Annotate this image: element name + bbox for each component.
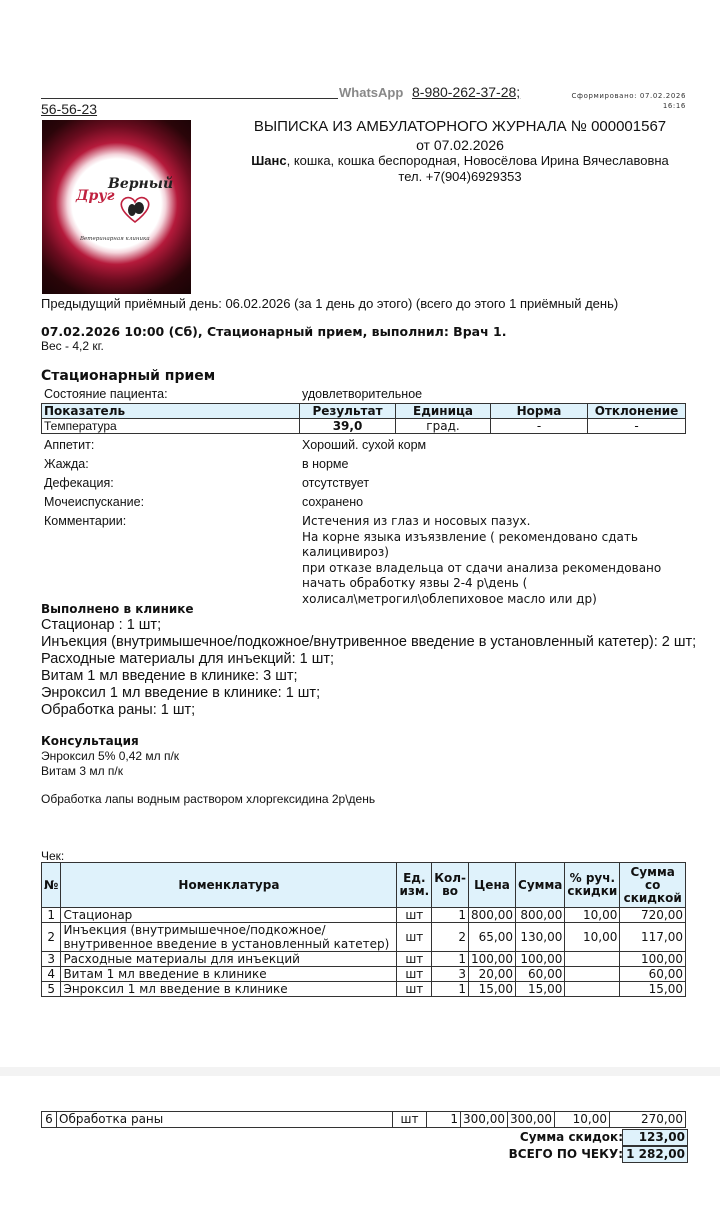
ind-cell: - — [588, 419, 686, 434]
receipt-cell — [565, 967, 620, 982]
receipt-cell: 1 — [432, 908, 469, 923]
receipt-cell: 10,00 — [565, 923, 620, 952]
consultation-list: Энроксил 5% 0,42 мл п/к Витам 3 мл п/к — [41, 749, 179, 779]
consultation-note: Обработка лапы водным раствором хлоргекс… — [41, 792, 375, 806]
header-rule — [41, 98, 338, 99]
receipt-cell: 65,00 — [469, 923, 516, 952]
field-label: Дефекация: — [44, 476, 114, 490]
ind-header: Результат — [300, 404, 396, 419]
table-row: 2Инъекция (внутримышечное/подкожное/внут… — [42, 923, 686, 952]
receipt-cell: 720,00 — [620, 908, 686, 923]
receipt-cell: 130,00 — [516, 923, 565, 952]
owner-phone: тел. +7(904)6929353 — [200, 169, 720, 185]
exam-section-title: Стационарный прием — [41, 368, 215, 384]
receipt-cell: 1 — [427, 1112, 461, 1128]
table-row: 3Расходные материалы для инъекцийшт1100,… — [42, 952, 686, 967]
receipt-cell: 15,00 — [620, 982, 686, 997]
receipt-cell: Витам 1 мл введение в клинике — [61, 967, 397, 982]
list-item: Стационар : 1 шт; — [41, 617, 711, 634]
previous-visit: Предыдущий приёмный день: 06.02.2026 (за… — [41, 296, 618, 311]
receipt-cell: 100,00 — [620, 952, 686, 967]
done-list: Стационар : 1 шт; Инъекция (внутримышечн… — [41, 617, 711, 719]
consultation-heading: Консультация — [41, 734, 139, 748]
condition-value: удовлетворительное — [302, 387, 422, 401]
receipt-header: % руч. скидки — [565, 863, 620, 908]
receipt-cell: 800,00 — [516, 908, 565, 923]
receipt-cell: 2 — [432, 923, 469, 952]
whatsapp-phone[interactable]: 8-980-262-37-28; — [412, 84, 520, 100]
table-row: 1Стационаршт1800,00800,0010,00720,00 — [42, 908, 686, 923]
receipt-cell: 6 — [42, 1112, 57, 1128]
receipt-cell: 15,00 — [516, 982, 565, 997]
table-row: 5Энроксил 1 мл введение в клиникешт115,0… — [42, 982, 686, 997]
receipt-header: Ед. изм. — [397, 863, 432, 908]
formed-timestamp: Сформировано: 07.02.2026 16:16 — [560, 91, 686, 111]
receipt-cell: 270,00 — [610, 1112, 686, 1128]
done-heading: Выполнено в клинике — [41, 602, 194, 616]
list-item: Энроксил 5% 0,42 мл п/к — [41, 749, 179, 764]
page-break — [0, 1067, 720, 1076]
receipt-header: Кол-во — [432, 863, 469, 908]
receipt-cell: 10,00 — [565, 908, 620, 923]
field-label: Жажда: — [44, 457, 89, 471]
receipt-cell: Стационар — [61, 908, 397, 923]
receipt-cell: 60,00 — [620, 967, 686, 982]
patient-details: , кошка, кошка беспородная, Новосёлова И… — [287, 153, 669, 168]
whatsapp-label: WhatsApp — [339, 85, 403, 100]
field-value: отсутствует — [302, 476, 369, 490]
receipt-cell: Расходные материалы для инъекций — [61, 952, 397, 967]
receipt-table-continued: 6Обработка ранышт1300,00300,0010,00270,0… — [41, 1111, 686, 1128]
receipt-table: № Номенклатура Ед. изм. Кол-во Цена Сумм… — [41, 862, 686, 997]
field-label: Мочеиспускание: — [44, 495, 144, 509]
receipt-cell: шт — [397, 923, 432, 952]
visit-heading: 07.02.2026 10:00 (Сб), Стационарный прие… — [41, 324, 506, 339]
receipt-cell: 117,00 — [620, 923, 686, 952]
title-line-1: ВЫПИСКА ИЗ АМБУЛАТОРНОГО ЖУРНАЛА № 00000… — [200, 118, 720, 136]
receipt-header: Сумма — [516, 863, 565, 908]
ind-cell: 39,0 — [300, 419, 396, 434]
receipt-header: Сумма со скидкой — [620, 863, 686, 908]
comment-line: холисал\метрогил\облепиховое масло или д… — [302, 592, 702, 608]
receipt-cell: Энроксил 1 мл введение в клинике — [61, 982, 397, 997]
receipt-cell: 60,00 — [516, 967, 565, 982]
document-title: ВЫПИСКА ИЗ АМБУЛАТОРНОГО ЖУРНАЛА № 00000… — [200, 118, 720, 154]
table-row: Температура 39,0 град. - - — [42, 419, 686, 434]
receipt-cell: 1 — [42, 908, 61, 923]
clinic-phone[interactable]: 56-56-23 — [41, 101, 97, 117]
receipt-cell: 3 — [432, 967, 469, 982]
receipt-cell: шт — [393, 1112, 427, 1128]
indicators-table: Показатель Результат Единица Норма Откло… — [41, 403, 686, 434]
ind-header: Единица — [396, 404, 491, 419]
discount-value: 123,00 — [622, 1129, 688, 1146]
title-line-2: от 07.02.2026 — [200, 136, 720, 154]
list-item: Энроксил 1 мл введение в клинике: 1 шт; — [41, 685, 711, 702]
receipt-cell: 2 — [42, 923, 61, 952]
field-label: Аппетит: — [44, 438, 94, 452]
receipt-cell: 300,00 — [461, 1112, 508, 1128]
table-row: 6Обработка ранышт1300,00300,0010,00270,0… — [42, 1112, 686, 1128]
logo-text-2: Друг — [76, 188, 115, 204]
comment-line: начать обработку язвы 2-4 р\день ( — [302, 576, 702, 592]
receipt-header: Цена — [469, 863, 516, 908]
receipt-cell: 1 — [432, 952, 469, 967]
receipt-cell: 3 — [42, 952, 61, 967]
comment-line: при отказе владельца от сдачи анализа ре… — [302, 561, 702, 577]
logo-text-3: Ветеринарная клиника — [80, 236, 150, 242]
field-label: Комментарии: — [44, 514, 126, 528]
condition-label: Состояние пациента: — [44, 387, 168, 401]
formed-time: 16:16 — [560, 101, 686, 111]
total-value: 1 282,00 — [622, 1146, 688, 1163]
visit-weight: Вес - 4,2 кг. — [41, 339, 104, 353]
receipt-cell: шт — [397, 952, 432, 967]
receipt-cell — [565, 952, 620, 967]
clinic-logo: Верный Друг Ветеринарная клиника — [42, 120, 191, 294]
ind-header: Отклонение — [588, 404, 686, 419]
receipt-cell: 100,00 — [469, 952, 516, 967]
list-item: Обработка раны: 1 шт; — [41, 702, 711, 719]
comment-line: калицивироз) — [302, 545, 702, 561]
receipt-cell: 10,00 — [555, 1112, 610, 1128]
list-item: Расходные материалы для инъекций: 1 шт; — [41, 651, 711, 668]
patient-name: Шанс — [251, 153, 286, 168]
heart-hands-icon — [118, 194, 152, 224]
ind-cell: Температура — [42, 419, 300, 434]
receipt-label: Чек: — [41, 849, 64, 863]
total-label: ВСЕГО ПО ЧЕКУ: — [509, 1147, 623, 1161]
receipt-cell: 20,00 — [469, 967, 516, 982]
comment-line: На корне языка изъязвление ( рекомендова… — [302, 530, 702, 546]
ind-header: Норма — [491, 404, 588, 419]
field-value: сохранено — [302, 495, 363, 509]
receipt-cell: 5 — [42, 982, 61, 997]
receipt-cell: 300,00 — [508, 1112, 555, 1128]
receipt-cell: шт — [397, 967, 432, 982]
receipt-header: Номенклатура — [61, 863, 397, 908]
receipt-cell: 15,00 — [469, 982, 516, 997]
comment-text: Истечения из глаз и носовых пазух. На ко… — [302, 514, 702, 607]
field-value: Хороший. сухой корм — [302, 438, 426, 452]
ind-cell: град. — [396, 419, 491, 434]
formed-date: Сформировано: 07.02.2026 — [560, 91, 686, 101]
ind-header: Показатель — [42, 404, 300, 419]
receipt-cell: 4 — [42, 967, 61, 982]
table-row: 4Витам 1 мл введение в клиникешт320,0060… — [42, 967, 686, 982]
list-item: Витам 3 мл п/к — [41, 764, 179, 779]
list-item: Инъекция (внутримышечное/подкожное/внутр… — [41, 634, 711, 651]
ind-cell: - — [491, 419, 588, 434]
receipt-cell: 1 — [432, 982, 469, 997]
patient-info: Шанс, кошка, кошка беспородная, Новосёло… — [200, 153, 720, 185]
receipt-cell: 100,00 — [516, 952, 565, 967]
receipt-header: № — [42, 863, 61, 908]
receipt-cell: шт — [397, 982, 432, 997]
discount-label: Сумма скидок: — [520, 1130, 623, 1144]
receipt-cell: Инъекция (внутримышечное/подкожное/внутр… — [61, 923, 397, 952]
receipt-cell: шт — [397, 908, 432, 923]
receipt-cell: Обработка раны — [57, 1112, 393, 1128]
comment-line: Истечения из глаз и носовых пазух. — [302, 514, 702, 530]
receipt-cell — [565, 982, 620, 997]
receipt-cell: 800,00 — [469, 908, 516, 923]
logo-text-1: Верный — [108, 176, 173, 192]
list-item: Витам 1 мл введение в клинике: 3 шт; — [41, 668, 711, 685]
field-value: в норме — [302, 457, 348, 471]
